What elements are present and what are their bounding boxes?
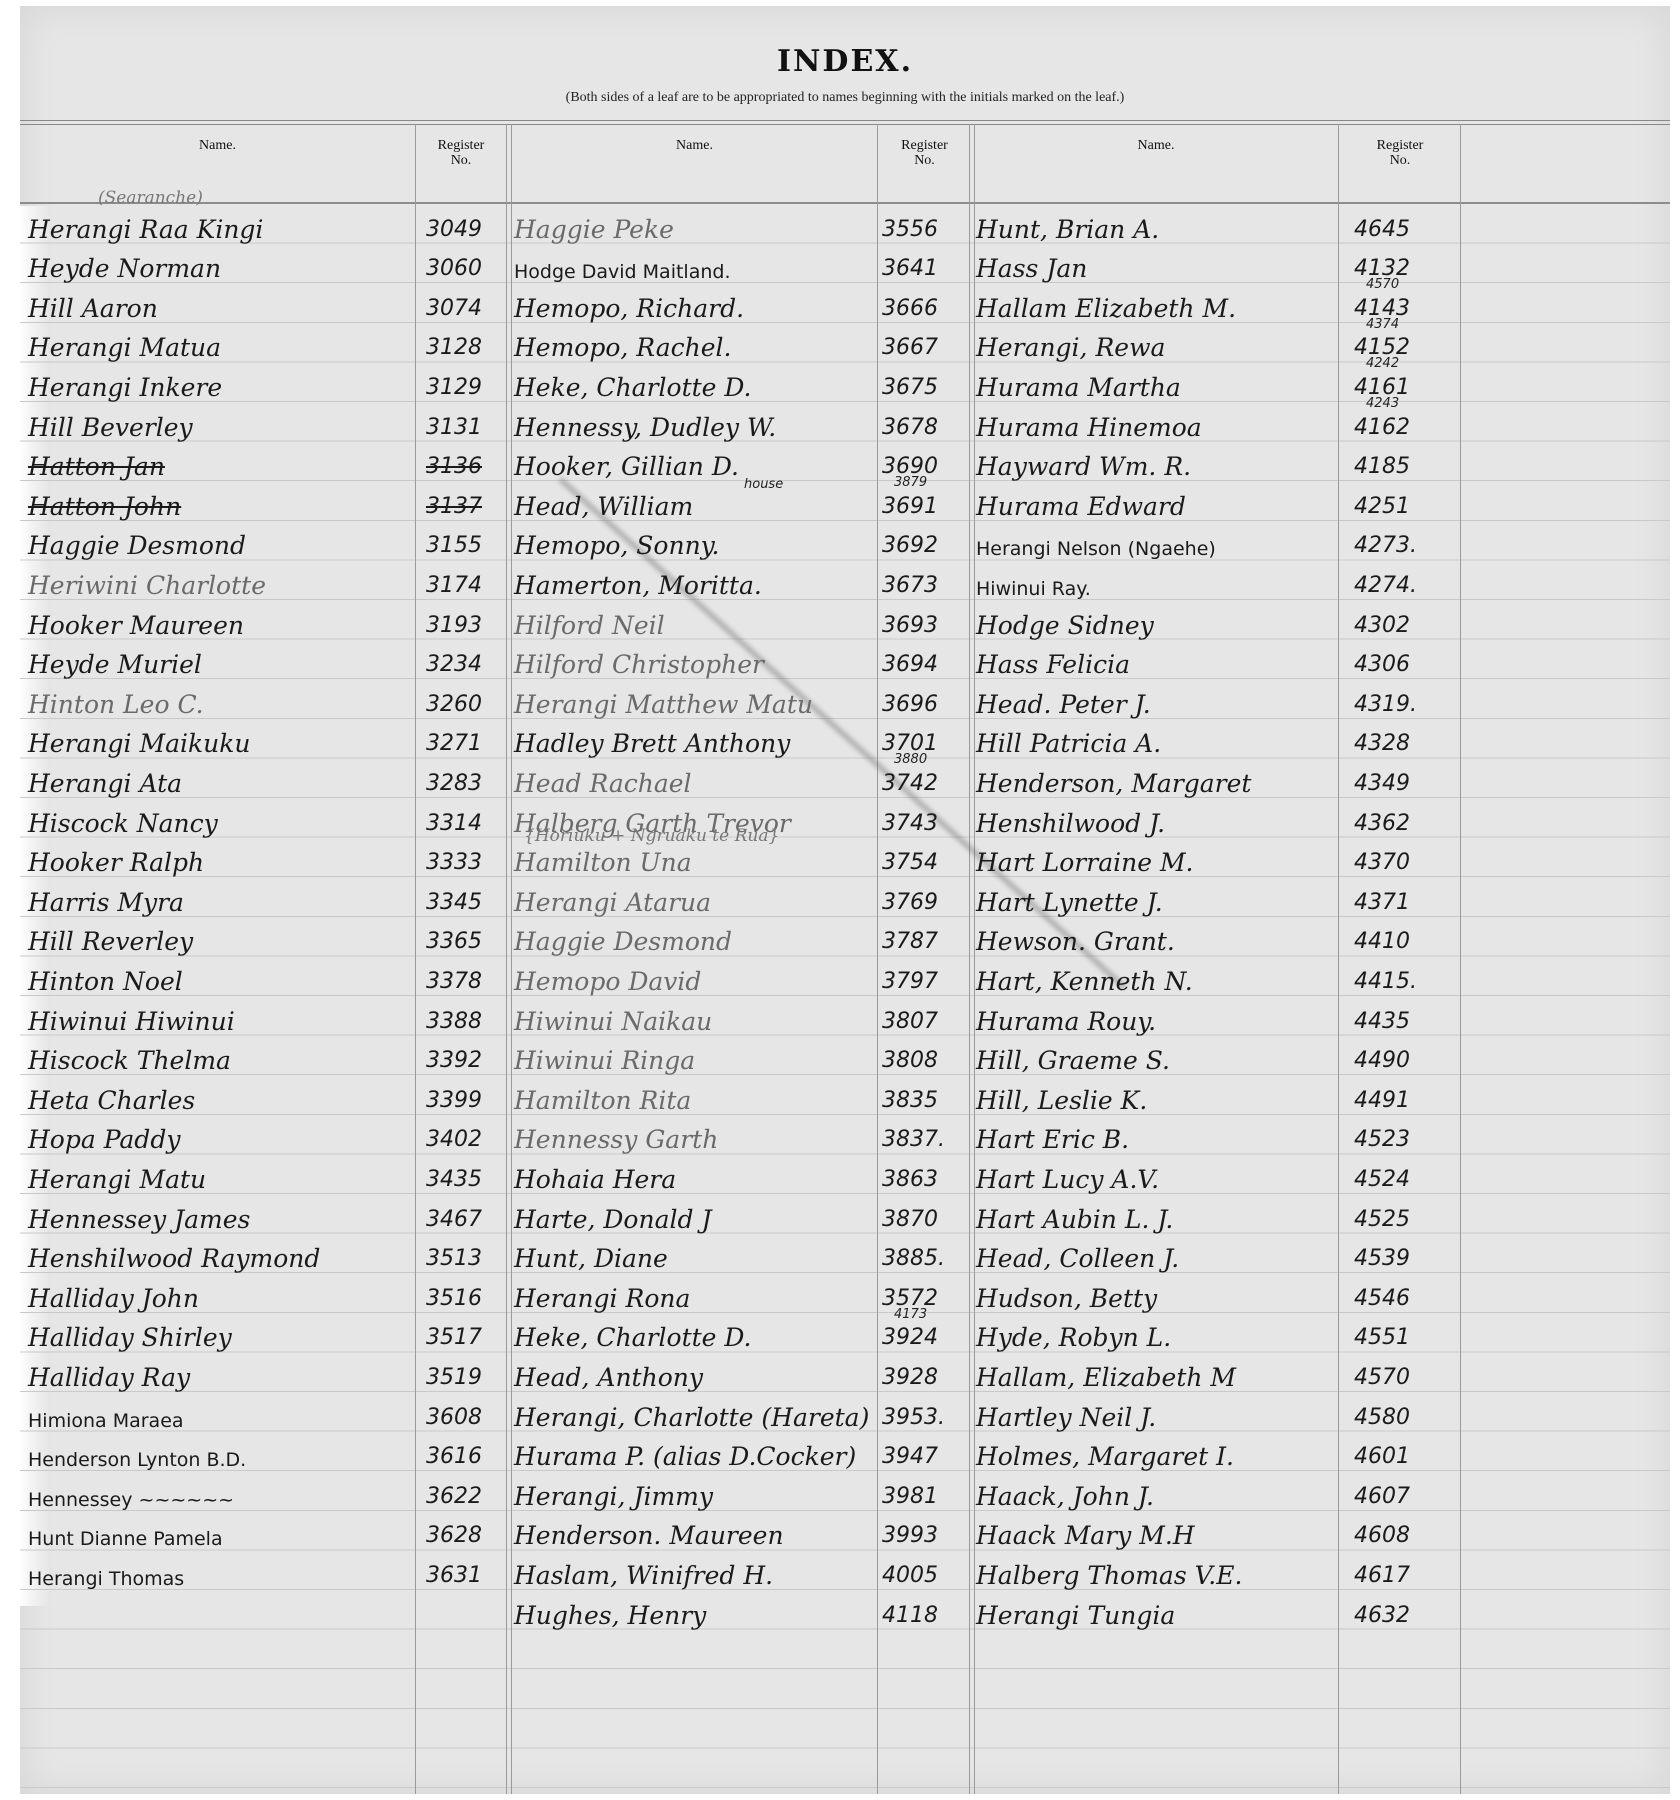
entry-register-number: 4524 — [1354, 1167, 1410, 1192]
index-entry: Hyde, Robyn L.4551 — [976, 1313, 1336, 1353]
index-entry: Herangi Ata3283 — [28, 758, 413, 798]
entry-register-number: 3807 — [882, 1009, 938, 1034]
entry-name: Herangi, Charlotte (Hareta) — [514, 1403, 869, 1432]
index-entry: Hurama Edward4251 — [976, 481, 1336, 521]
entry-name: Heke, Charlotte D. — [514, 1323, 752, 1352]
index-entry: Herangi, Jimmy3981 — [514, 1471, 874, 1511]
index-entry: Heke, Charlotte D.39244173 — [514, 1313, 874, 1353]
index-entry: Hooker, Gillian D.3690 — [514, 442, 874, 482]
entry-register-number: 3260 — [426, 692, 482, 717]
index-entry: Herangi Raa Kingi3049(Searanche) — [28, 204, 413, 244]
entry-name: Haslam, Winifred H. — [514, 1561, 773, 1590]
entry-register-number: 3155 — [426, 533, 482, 558]
index-entry: Hennessy, Dudley W.3678 — [514, 402, 874, 442]
entry-register-number: 3283 — [426, 771, 482, 796]
entry-name: Hiwinui Ringa — [514, 1046, 695, 1075]
entry-name: Henshilwood J. — [976, 809, 1165, 838]
index-entry: Herangi, Rewa41524374 — [976, 323, 1336, 363]
index-entry: Halliday Shirley3517 — [28, 1313, 413, 1353]
entry-name: Haggie Desmond — [514, 927, 732, 956]
entry-name: Hyde, Robyn L. — [976, 1323, 1171, 1352]
entry-register-number: 3556 — [882, 217, 938, 242]
column-header-row: Name. Register No. Name. Register No. Na… — [20, 124, 1670, 204]
entry-name: Hamerton, Moritta. — [514, 571, 762, 600]
index-entry: Hodge David Maitland.3641 — [514, 244, 874, 284]
entry-register-number: 4162 — [1354, 415, 1410, 440]
index-entry: Hunt, Brian A.4645 — [976, 204, 1336, 244]
entry-alt-register-number: 4173 — [894, 1307, 927, 1322]
entry-name: Hemopo David — [514, 967, 701, 996]
index-entry: Hiwinui Naikau3807 — [514, 996, 874, 1036]
entry-name: Henderson. Maureen — [514, 1521, 784, 1550]
entry-register-number: 3402 — [426, 1127, 482, 1152]
index-entry: Hallam, Elizabeth M4570 — [976, 1352, 1336, 1392]
index-entry: Hass Felicia4306 — [976, 640, 1336, 680]
entry-register-number: 3516 — [426, 1286, 482, 1311]
index-entry: Herangi Nelson (Ngaehe)4273. — [976, 521, 1336, 561]
entry-register-number: 3392 — [426, 1048, 482, 1073]
entry-name: Hill Patricia A. — [976, 729, 1161, 758]
entry-name: Hurama Edward — [976, 492, 1186, 521]
entry-name: Head, Anthony — [514, 1363, 703, 1392]
entry-name: Hilford Neil — [514, 611, 665, 640]
page-title: INDEX. — [20, 44, 1670, 79]
entry-register-number: 3808 — [882, 1048, 938, 1073]
index-entry: Henshilwood Raymond3513 — [28, 1234, 413, 1274]
index-entry: Hiscock Thelma3392 — [28, 1036, 413, 1076]
entry-register-number: 3628 — [426, 1523, 482, 1548]
index-entry: Henderson, Margaret4349 — [976, 758, 1336, 798]
entry-register-number: 3928 — [882, 1365, 938, 1390]
index-entry: Hill Reverley3365 — [28, 917, 413, 957]
index-page: INDEX. (Both sides of a leaf are to be a… — [20, 6, 1670, 1794]
entry-name: Herangi Raa Kingi — [28, 215, 263, 244]
entry-name: Hartley Neil J. — [976, 1403, 1156, 1432]
entry-register-number: 4118 — [882, 1603, 938, 1628]
entry-name: Hunt, Brian A. — [976, 215, 1159, 244]
entry-name: Harris Myra — [28, 888, 184, 917]
header-name-2: Name. — [512, 124, 877, 202]
entry-register-number: 4274. — [1354, 573, 1417, 598]
entry-name: Hatton John — [28, 492, 181, 521]
entry-name: Hayward Wm. R. — [976, 452, 1191, 481]
entry-name: Hemopo, Richard. — [514, 294, 744, 323]
index-entry: Hatton John3137 — [28, 481, 413, 521]
header-register-2: Register No. — [877, 124, 972, 202]
index-entry: Henderson. Maureen3993 — [514, 1511, 874, 1551]
index-entry: Hamilton Una3754{Horiuku + Ngruaku te Ru… — [514, 838, 874, 878]
entry-name: Harte, Donald J — [514, 1205, 711, 1234]
entry-register-number: 4580 — [1354, 1405, 1410, 1430]
column-divider — [1338, 124, 1339, 1794]
entry-annotation: (Searanche) — [98, 188, 203, 208]
index-entry: Hunt Dianne Pamela3628 — [28, 1511, 413, 1551]
entry-name: Hass Felicia — [976, 650, 1130, 679]
entry-alt-register-number: 4242 — [1366, 356, 1399, 371]
entry-name: Hiscock Thelma — [28, 1046, 231, 1075]
entry-register-number: 3835 — [882, 1088, 938, 1113]
entry-register-number: 3631 — [426, 1563, 482, 1588]
entry-name: Hamilton Rita — [514, 1086, 691, 1115]
entry-register-number: 4539 — [1354, 1246, 1410, 1271]
index-entry: Halliday John3516 — [28, 1273, 413, 1313]
entry-register-number: 3060 — [426, 256, 482, 281]
entry-register-number: 3345 — [426, 890, 482, 915]
entry-register-number: 3333 — [426, 850, 482, 875]
index-entry: Hughes, Henry4118 — [514, 1590, 874, 1630]
index-entry: Haack, John J.4607 — [976, 1471, 1336, 1511]
index-entry: Hemopo, Richard.3666 — [514, 283, 874, 323]
entry-register-number: 3797 — [882, 969, 938, 994]
entry-name: Himiona Maraea — [28, 1410, 184, 1432]
entry-name: Hohaia Hera — [514, 1165, 676, 1194]
entry-name: Hart Aubin L. J. — [976, 1205, 1173, 1234]
entry-name: Hallam Elizabeth M. — [976, 294, 1236, 323]
entry-register-number: 4601 — [1354, 1444, 1410, 1469]
index-entry: Head Rachael37423880 — [514, 758, 874, 798]
entry-name: Herangi Nelson (Ngaehe) — [976, 538, 1216, 560]
index-entry: Hilford Neil3693 — [514, 600, 874, 640]
entry-name: Haack, John J. — [976, 1482, 1154, 1511]
index-entry: Hohaia Hera3863 — [514, 1154, 874, 1194]
index-entry: Hurama Hinemoa41624243 — [976, 402, 1336, 442]
entry-name: Hart Lorraine M. — [976, 848, 1194, 877]
index-entry: Herangi Thomas3631 — [28, 1550, 413, 1590]
index-entry: Hadley Brett Anthony3701 — [514, 719, 874, 759]
index-entry: Hill, Graeme S.4490 — [976, 1036, 1336, 1076]
index-entry: Hart Aubin L. J.4525 — [976, 1194, 1336, 1234]
index-entry: Heta Charles3399 — [28, 1075, 413, 1115]
entry-name: Hurama P. (alias D.Cocker) — [514, 1442, 856, 1471]
entry-register-number: 3271 — [426, 731, 482, 756]
entry-register-number: 4632 — [1354, 1603, 1410, 1628]
entry-name: Hooker Maureen — [28, 611, 244, 640]
entry-name: Hass Jan — [976, 254, 1087, 283]
entry-register-number: 3787 — [882, 929, 938, 954]
entry-register-number: 3519 — [426, 1365, 482, 1390]
entry-register-number: 3870 — [882, 1207, 938, 1232]
index-entry: Hooker Ralph3333 — [28, 838, 413, 878]
entry-register-number: 3131 — [426, 415, 482, 440]
index-entry: Hamilton Rita3835 — [514, 1075, 874, 1115]
entry-name: Hopa Paddy — [28, 1125, 180, 1154]
header-register-3: Register No. — [1340, 124, 1460, 202]
entry-register-number: 3174 — [426, 573, 482, 598]
entry-register-number: 4410 — [1354, 929, 1410, 954]
entry-register-number: 4546 — [1354, 1286, 1410, 1311]
entry-name: Hughes, Henry — [514, 1601, 706, 1630]
entry-register-number: 4371 — [1354, 890, 1410, 915]
column-divider — [1460, 124, 1461, 1794]
entry-register-number: 3608 — [426, 1405, 482, 1430]
index-entry: Hayward Wm. R.4185 — [976, 442, 1336, 482]
entry-name: Hodge David Maitland. — [514, 261, 731, 283]
entry-register-number: 3947 — [882, 1444, 938, 1469]
index-entry: Hass Jan4132 — [976, 244, 1336, 284]
index-entry: Hill Beverley3131 — [28, 402, 413, 442]
entry-register-number: 3667 — [882, 335, 938, 360]
entry-name: Herangi, Rewa — [976, 333, 1165, 362]
entry-register-number: 3769 — [882, 890, 938, 915]
entry-name: Hart Lucy A.V. — [976, 1165, 1159, 1194]
index-entry: Haggie Peke3556 — [514, 204, 874, 244]
entry-name: Halliday Ray — [28, 1363, 190, 1392]
entry-register-number: 3678 — [882, 415, 938, 440]
entry-name: Haggie Desmond — [28, 531, 246, 560]
entry-register-number: 3616 — [426, 1444, 482, 1469]
index-entry: Haack Mary M.H4608 — [976, 1511, 1336, 1551]
entry-register-number: 4319. — [1354, 692, 1417, 717]
entry-register-number: 3692 — [882, 533, 938, 558]
index-entry: Herangi Matu3435 — [28, 1154, 413, 1194]
entry-register-number: 3128 — [426, 335, 482, 360]
entry-register-number: 3365 — [426, 929, 482, 954]
index-entry: Hooker Maureen3193 — [28, 600, 413, 640]
entry-name: Herangi Matua — [28, 333, 221, 362]
entry-name: Herangi Maikuku — [28, 729, 251, 758]
index-entry: Herangi Matua3128 — [28, 323, 413, 363]
index-entry: Henderson Lynton B.D.3616 — [28, 1432, 413, 1472]
header-name-3: Name. — [972, 124, 1340, 202]
entry-register-number: 3885. — [882, 1246, 945, 1271]
index-entry: Hodge Sidney4302 — [976, 600, 1336, 640]
index-entry: Heyde Muriel3234 — [28, 640, 413, 680]
entry-register-number: 3993 — [882, 1523, 938, 1548]
entry-name: Hilford Christopher — [514, 650, 764, 679]
index-entry: Haggie Desmond3155 — [28, 521, 413, 561]
index-entry: Harris Myra3345 — [28, 877, 413, 917]
entry-register-number: 4435 — [1354, 1009, 1410, 1034]
entry-name: Hennessey ~~~~~~ — [28, 1489, 234, 1511]
entry-name: Hadley Brett Anthony — [514, 729, 790, 758]
index-entry: Hamerton, Moritta.3673 — [514, 560, 874, 600]
entry-name: Heta Charles — [28, 1086, 195, 1115]
index-entry: Hill Aaron3074 — [28, 283, 413, 323]
entry-name: Hooker, Gillian D. — [514, 452, 739, 481]
index-entry: Hart Lynette J.4371 — [976, 877, 1336, 917]
entry-name: Hill, Leslie K. — [976, 1086, 1147, 1115]
entry-name: Hemopo, Rachel. — [514, 333, 731, 362]
entry-name: Hill Aaron — [28, 294, 158, 323]
entry-name: Hurama Hinemoa — [976, 413, 1202, 442]
entry-register-number: 4005 — [882, 1563, 938, 1588]
entry-name: Hill Beverley — [28, 413, 193, 442]
entry-name: Hiwinui Hiwinui — [28, 1007, 235, 1036]
entry-register-number: 3673 — [882, 573, 938, 598]
entry-name: Hennessy Garth — [514, 1125, 718, 1154]
entry-name: Henderson, Margaret — [976, 769, 1251, 798]
entry-name: Heyde Norman — [28, 254, 221, 283]
index-entry: Halliday Ray3519 — [28, 1352, 413, 1392]
entry-register-number: 4551 — [1354, 1325, 1410, 1350]
entry-register-number: 3129 — [426, 375, 482, 400]
entry-name: Herangi Matthew Matu — [514, 690, 813, 719]
entry-register-number: 4273. — [1354, 533, 1417, 558]
entry-register-number: 3513 — [426, 1246, 482, 1271]
entry-register-number: 4525 — [1354, 1207, 1410, 1232]
entry-name: Henshilwood Raymond — [28, 1244, 320, 1273]
entry-register-number: 3193 — [426, 613, 482, 638]
entry-register-number: 3953. — [882, 1405, 945, 1430]
index-entry: Herangi Atarua3769 — [514, 877, 874, 917]
entry-name: Hamilton Una — [514, 848, 692, 877]
index-entry: Harte, Donald J3870 — [514, 1194, 874, 1234]
index-entry: Hart Lorraine M.4370 — [976, 838, 1336, 878]
entry-register-number: 3641 — [882, 256, 938, 281]
entry-name: Hennessey James — [28, 1205, 250, 1234]
entry-name: Hurama Martha — [976, 373, 1181, 402]
column-divider — [415, 124, 416, 1794]
entry-register-number: 3049 — [426, 217, 482, 242]
entry-name: Hiscock Nancy — [28, 809, 218, 838]
entry-name: Herangi, Jimmy — [514, 1482, 713, 1511]
index-entry: Hurama Rouy.4435 — [976, 996, 1336, 1036]
index-entry: Haggie Desmond3787 — [514, 917, 874, 957]
entry-name: Haack Mary M.H — [976, 1521, 1195, 1550]
entry-register-number: 3675 — [882, 375, 938, 400]
entry-register-number: 3435 — [426, 1167, 482, 1192]
index-entry: Hemopo David3797 — [514, 956, 874, 996]
entry-register-number: 3467 — [426, 1207, 482, 1232]
index-entry: Holmes, Margaret I.4601 — [976, 1432, 1336, 1472]
entry-name: Hunt Dianne Pamela — [28, 1528, 223, 1550]
entry-name: Hiwinui Naikau — [514, 1007, 712, 1036]
entry-name: Herangi Ata — [28, 769, 182, 798]
index-entry: Head. Peter J.4319. — [976, 679, 1336, 719]
entry-register-number: 4645 — [1354, 217, 1410, 242]
index-entry: Heke, Charlotte D.3675 — [514, 362, 874, 402]
entry-name: Hart Lynette J. — [976, 888, 1163, 917]
column-divider — [877, 124, 878, 1794]
index-entry: Herangi Matthew Matu3696 — [514, 679, 874, 719]
index-entry: Head, William36913879house — [514, 481, 874, 521]
entry-annotation: {Horiuku + Ngruaku te Rua} — [524, 826, 779, 846]
entry-name: Hiwinui Ray. — [976, 578, 1091, 600]
entry-name: Hart Eric B. — [976, 1125, 1129, 1154]
entry-name: Hodge Sidney — [976, 611, 1154, 640]
index-entry: Hunt, Diane3885. — [514, 1234, 874, 1274]
entry-name: Heke, Charlotte D. — [514, 373, 752, 402]
entry-register-number: 3137 — [426, 494, 482, 519]
entry-register-number: 3691 — [882, 494, 938, 519]
index-entry: Hennessy Garth3837. — [514, 1115, 874, 1155]
index-entry: Hatton Jan3136 — [28, 442, 413, 482]
index-entry: Head, Colleen J.4539 — [976, 1234, 1336, 1274]
index-entry: Hallam Elizabeth M.41434570 — [976, 283, 1336, 323]
entry-name: Herangi Rona — [514, 1284, 690, 1313]
index-entry: Hiwinui Ray.4274. — [976, 560, 1336, 600]
index-entry: Hart, Kenneth N.4415. — [976, 956, 1336, 996]
entry-name: Head. Peter J. — [976, 690, 1151, 719]
index-entry: Himiona Maraea3608 — [28, 1392, 413, 1432]
index-entry: Herangi Inkere3129 — [28, 362, 413, 402]
index-entry: Hiwinui Ringa3808 — [514, 1036, 874, 1076]
index-entry: Hurama Martha41614242 — [976, 362, 1336, 402]
index-entry: Hennessey James3467 — [28, 1194, 413, 1234]
entry-name: Herangi Matu — [28, 1165, 206, 1194]
entry-register-number: 3754 — [882, 850, 938, 875]
index-entry: Hudson, Betty4546 — [976, 1273, 1336, 1313]
entry-register-number: 4608 — [1354, 1523, 1410, 1548]
entry-register-number: 3837. — [882, 1127, 945, 1152]
entry-register-number: 3622 — [426, 1484, 482, 1509]
entry-alt-register-number: 3879 — [894, 475, 927, 490]
entry-register-number: 3517 — [426, 1325, 482, 1350]
entry-register-number: 4251 — [1354, 494, 1410, 519]
entry-register-number: 3863 — [882, 1167, 938, 1192]
index-entry: Herangi Maikuku3271 — [28, 719, 413, 759]
index-entry: Haslam, Winifred H.4005 — [514, 1550, 874, 1590]
entry-name: Hart, Kenneth N. — [976, 967, 1193, 996]
entry-name: Hemopo, Sonny. — [514, 531, 719, 560]
entry-register-number: 4185 — [1354, 454, 1410, 479]
index-entry: Hiscock Nancy3314 — [28, 798, 413, 838]
entry-register-number: 4302 — [1354, 613, 1410, 638]
entry-register-number: 4617 — [1354, 1563, 1410, 1588]
entry-name: Head, Colleen J. — [976, 1244, 1179, 1273]
index-entry: Hart Lucy A.V.4524 — [976, 1154, 1336, 1194]
entry-register-number: 4362 — [1354, 811, 1410, 836]
page-subtitle: (Both sides of a leaf are to be appropri… — [20, 90, 1670, 106]
entry-name: Head Rachael — [514, 769, 692, 798]
entry-register-number: 3743 — [882, 811, 938, 836]
entry-register-number: 4490 — [1354, 1048, 1410, 1073]
entry-register-number: 3234 — [426, 652, 482, 677]
entry-name: Halliday John — [28, 1284, 199, 1313]
entry-name: Hinton Leo C. — [28, 690, 204, 719]
entry-register-number: 3136 — [426, 454, 482, 479]
entry-name: Herangi Thomas — [28, 1568, 184, 1590]
header-register-1: Register No. — [415, 124, 507, 202]
column-divider — [506, 124, 512, 1794]
entry-alt-register-number: 3880 — [894, 752, 927, 767]
entry-name: Hudson, Betty — [976, 1284, 1157, 1313]
entry-name: Hill, Graeme S. — [976, 1046, 1170, 1075]
index-entry: Hill Patricia A.4328 — [976, 719, 1336, 759]
index-entry: Halberg Thomas V.E.4617 — [976, 1550, 1336, 1590]
index-entry: Hewson. Grant.4410 — [976, 917, 1336, 957]
index-entry: Hilford Christopher3694 — [514, 640, 874, 680]
index-entry: Heyde Norman3060 — [28, 244, 413, 284]
entry-register-number: 4570 — [1354, 1365, 1410, 1390]
index-entry: Hinton Noel3378 — [28, 956, 413, 996]
entry-register-number: 3378 — [426, 969, 482, 994]
index-entry: Hemopo, Sonny.3692 — [514, 521, 874, 561]
entry-register-number: 4328 — [1354, 731, 1410, 756]
entry-register-number: 3388 — [426, 1009, 482, 1034]
entry-correction: house — [744, 477, 783, 492]
entry-name: Hunt, Diane — [514, 1244, 668, 1273]
entry-name: Halliday Shirley — [28, 1323, 232, 1352]
index-entry: Heriwini Charlotte3174 — [28, 560, 413, 600]
index-entry: Herangi Rona3572 — [514, 1273, 874, 1313]
index-entry: Hiwinui Hiwinui3388 — [28, 996, 413, 1036]
entry-register-number: 4306 — [1354, 652, 1410, 677]
entry-name: Hewson. Grant. — [976, 927, 1175, 956]
entry-register-number: 3742 — [882, 771, 938, 796]
index-entry: Henshilwood J.4362 — [976, 798, 1336, 838]
entry-name: Heriwini Charlotte — [28, 571, 266, 600]
index-entry: Hart Eric B.4523 — [976, 1115, 1336, 1155]
entry-register-number: 3924 — [882, 1325, 938, 1350]
entry-register-number: 4523 — [1354, 1127, 1410, 1152]
entry-alt-register-number: 4243 — [1366, 396, 1399, 411]
index-entry: Hemopo, Rachel.3667 — [514, 323, 874, 363]
entry-name: Herangi Tungia — [976, 1601, 1175, 1630]
entry-name: Hatton Jan — [28, 452, 165, 481]
index-entry: Hinton Leo C.3260 — [28, 679, 413, 719]
index-entry: Hill, Leslie K.4491 — [976, 1075, 1336, 1115]
